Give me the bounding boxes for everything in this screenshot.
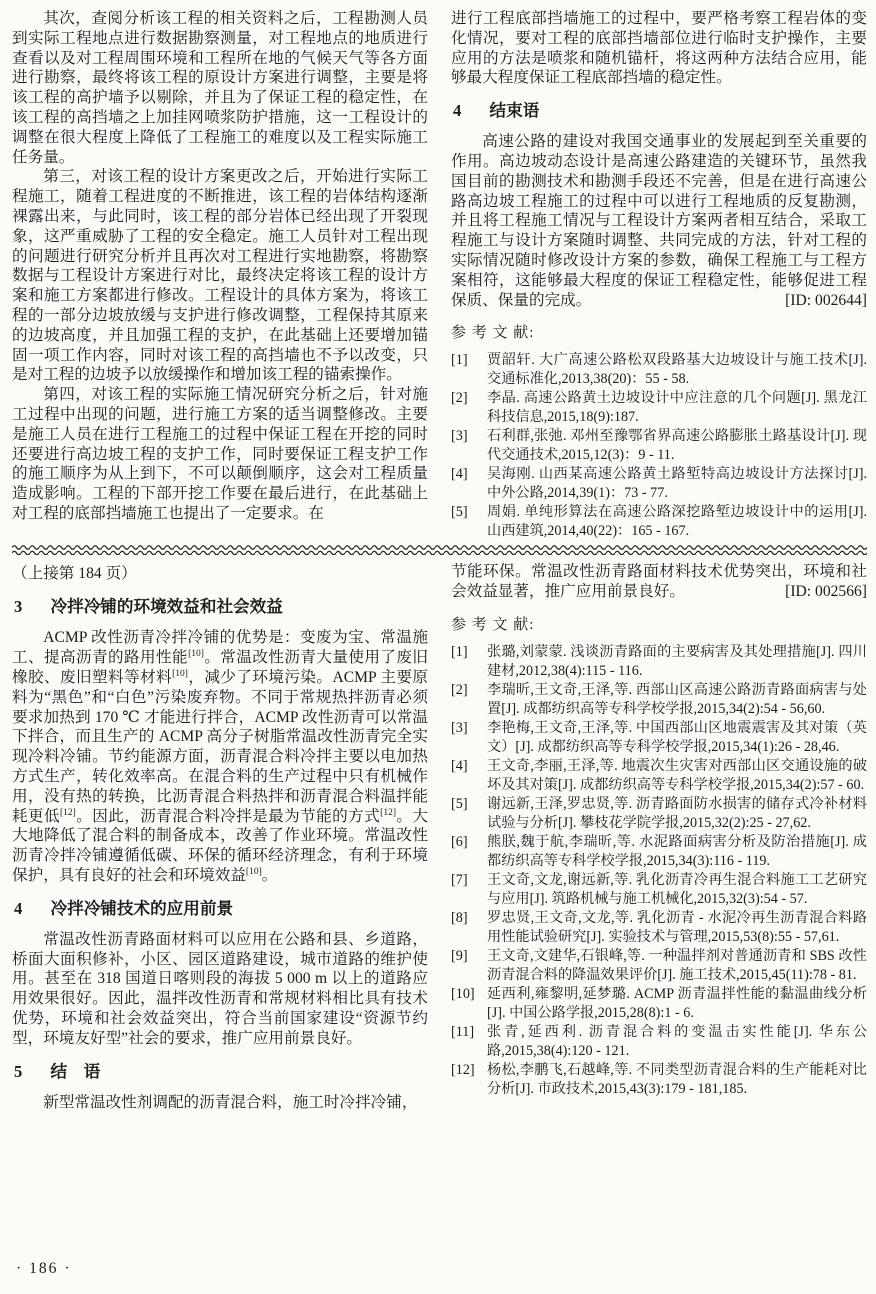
reference-item: [1]贾韶轩. 大广高速公路松双段路基大边坡设计与施工技术[J]. 交通标准化,… xyxy=(451,351,867,389)
reference-text: 罗忠贤,王文奇,文龙,等. 乳化沥青 - 水泥冷再生沥青混合料路用性能试验研究[… xyxy=(487,909,867,947)
article2-section4-heading: 4 冷拌冷铺技术的应用前景 xyxy=(14,898,428,919)
reference-item: [5]谢远新,王泽,罗忠贤,等. 沥青路面防水损害的储存式冷补材料试验与分析[J… xyxy=(451,795,867,833)
continued-from-note: （上接第 184 页） xyxy=(12,564,428,584)
article2-columns: （上接第 184 页） 3 冷拌冷铺的环境效益和社会效益 ACMP 改性沥青冷拌… xyxy=(12,562,867,1112)
article2-section3-heading: 3 冷拌冷铺的环境效益和社会效益 xyxy=(14,596,428,617)
article1-section-heading: 4 结束语 xyxy=(453,100,867,121)
reference-number: [8] xyxy=(451,909,487,947)
reference-text: 李艳梅,王文奇,王泽,等. 中国西部山区地震震害及其对策（英文）[J]. 成都纺… xyxy=(487,719,867,757)
reference-item: [12]杨松,李鹏飞,石越峰,等. 不同类型沥青混合料的生产能耗对比分析[J].… xyxy=(451,1061,867,1099)
article1-paragraph: 第四，对该工程的实际施工情况研究分析之后，针对施工过程中出现的问题，进行施工方案… xyxy=(12,385,428,524)
reference-text: 石利群,张弛. 邓州至豫鄂省界高速公路膨胀土路基设计[J]. 现代交通技术,20… xyxy=(487,427,867,465)
reference-item: [1]张璐,刘蒙蒙. 浅谈沥青路面的主要病害及其处理措施[J]. 四川建材,20… xyxy=(451,643,867,681)
reference-item: [5]周娟. 单纯形算法在高速公路深挖路堑边坡设计中的运用[J]. 山西建筑,2… xyxy=(451,503,867,541)
page-number: · 186 · xyxy=(16,1260,72,1278)
section-number: 4 xyxy=(14,898,22,919)
reference-text: 王文奇,文龙,谢远新,等. 乳化沥青冷再生混合料施工工艺研究与应用[J]. 筑路… xyxy=(487,871,867,909)
reference-item: [10]延西利,雍黎明,延梦璐. ACMP 沥青温拌性能的黏温曲线分析[J]. … xyxy=(451,985,867,1023)
article2-section5-heading: 5 结 语 xyxy=(14,1061,428,1082)
reference-item: [4]吴海刚. 山西某高速公路黄土路堑特高边坡设计方法探讨[J]. 中外公路,2… xyxy=(451,465,867,503)
section-number: 5 xyxy=(14,1061,22,1082)
reference-number: [4] xyxy=(451,757,487,795)
reference-number: [5] xyxy=(451,503,487,541)
reference-text: 杨松,李鹏飞,石越峰,等. 不同类型沥青混合料的生产能耗对比分析[J]. 市政技… xyxy=(487,1061,867,1099)
references-label: 参 考 文 献: xyxy=(451,321,867,342)
article1-conclusion-paragraph: 高速公路的建设对我国交通事业的发展起到至关重要的作用。高边坡动态设计是高速公路建… xyxy=(451,132,867,310)
section-title: 冷拌冷铺的环境效益和社会效益 xyxy=(51,596,283,617)
article2-continuation-paragraph: 节能环保。常温改性沥青路面材料技术优势突出，环境和社会效益显著，推广应用前景良好… xyxy=(451,562,867,602)
reference-text: 张璐,刘蒙蒙. 浅谈沥青路面的主要病害及其处理措施[J]. 四川建材,2012,… xyxy=(487,643,867,681)
reference-number: [2] xyxy=(451,389,487,427)
reference-item: [7]王文奇,文龙,谢远新,等. 乳化沥青冷再生混合料施工工艺研究与应用[J].… xyxy=(451,871,867,909)
article1-right-column: 进行工程底部挡墙施工的过程中，要严格考察工程岩体的变化情况，要对工程的底部挡墙部… xyxy=(451,9,867,541)
section-divider-wavy xyxy=(12,544,867,555)
article1-left-column: 其次，查阅分析该工程的相关资料之后，工程勘测人员到实际工程地点进行数据勘察测量，… xyxy=(12,9,428,524)
reference-number: [10] xyxy=(451,985,487,1023)
section-number: 3 xyxy=(14,596,22,617)
reference-item: [9]王文奇,文建华,石银峰,等. 一种温拌剂对普通沥青和 SBS 改性沥青混合… xyxy=(451,947,867,985)
article2-section5-paragraph: 新型常温改性剂调配的沥青混合料，施工时冷拌冷铺， xyxy=(12,1093,428,1113)
reference-text: 周娟. 单纯形算法在高速公路深挖路堑边坡设计中的运用[J]. 山西建筑,2014… xyxy=(487,503,867,541)
section-title: 结束语 xyxy=(490,100,540,121)
section-title: 结 语 xyxy=(51,1061,101,1082)
reference-text: 熊朕,魏于航,李瑞昕,等. 水泥路面病害分析及防治措施[J]. 成都纺织高等专科… xyxy=(487,833,867,871)
article2-reference-list: [1]张璐,刘蒙蒙. 浅谈沥青路面的主要病害及其处理措施[J]. 四川建材,20… xyxy=(451,643,867,1099)
article2-section4-paragraph: 常温改性沥青路面材料可以应用在公路和县、乡道路，桥面大面积修补，小区、园区道路建… xyxy=(12,930,428,1049)
article-id-tag: [ID: 002566] xyxy=(785,582,867,602)
references-label: 参 考 文 献: xyxy=(451,613,867,634)
reference-text: 延西利,雍黎明,延梦璐. ACMP 沥青温拌性能的黏温曲线分析[J]. 中国公路… xyxy=(487,985,867,1023)
reference-number: [1] xyxy=(451,351,487,389)
article-id-tag: [ID: 002644] xyxy=(754,291,867,311)
reference-text: 吴海刚. 山西某高速公路黄土路堑特高边坡设计方法探讨[J]. 中外公路,2014… xyxy=(487,465,867,503)
reference-number: [11] xyxy=(451,1023,487,1061)
reference-text: 张青,延西利. 沥青混合料的变温击实性能[J]. 华东公路,2015,38(4)… xyxy=(487,1023,867,1061)
reference-number: [3] xyxy=(451,719,487,757)
reference-item: [4]王文奇,李丽,王泽,等. 地震次生灾害对西部山区交通设施的破坏及其对策[J… xyxy=(451,757,867,795)
reference-item: [3]李艳梅,王文奇,王泽,等. 中国西部山区地震震害及其对策（英文）[J]. … xyxy=(451,719,867,757)
reference-number: [9] xyxy=(451,947,487,985)
reference-number: [2] xyxy=(451,681,487,719)
reference-number: [3] xyxy=(451,427,487,465)
section-title: 冷拌冷铺技术的应用前景 xyxy=(51,898,234,919)
article1-paragraph: 第三，对该工程的设计方案更改之后，开始进行实际工程施工，随着工程进度的不断推进，… xyxy=(12,167,428,385)
reference-text: 贾韶轩. 大广高速公路松双段路基大边坡设计与施工技术[J]. 交通标准化,201… xyxy=(487,351,867,389)
reference-number: [7] xyxy=(451,871,487,909)
reference-text: 王文奇,文建华,石银峰,等. 一种温拌剂对普通沥青和 SBS 改性沥青混合料的降… xyxy=(487,947,867,985)
reference-item: [6]熊朕,魏于航,李瑞昕,等. 水泥路面病害分析及防治措施[J]. 成都纺织高… xyxy=(451,833,867,871)
reference-item: [2]李瑞昕,王文奇,王泽,等. 西部山区高速公路沥青路面病害与处置[J]. 成… xyxy=(451,681,867,719)
reference-number: [6] xyxy=(451,833,487,871)
reference-text: 王文奇,李丽,王泽,等. 地震次生灾害对西部山区交通设施的破坏及其对策[J]. … xyxy=(487,757,867,795)
article2-right-column: 节能环保。常温改性沥青路面材料技术优势突出，环境和社会效益显著，推广应用前景良好… xyxy=(451,562,867,1099)
article1-continuation-paragraph: 进行工程底部挡墙施工的过程中，要严格考察工程岩体的变化情况，要对工程的底部挡墙部… xyxy=(451,9,867,88)
paragraph-text: 高速公路的建设对我国交通事业的发展起到至关重要的作用。高边坡动态设计是高速公路建… xyxy=(451,133,867,308)
section-number: 4 xyxy=(453,100,461,121)
article1-reference-list: [1]贾韶轩. 大广高速公路松双段路基大边坡设计与施工技术[J]. 交通标准化,… xyxy=(451,351,867,541)
reference-item: [8]罗忠贤,王文奇,文龙,等. 乳化沥青 - 水泥冷再生沥青混合料路用性能试验… xyxy=(451,909,867,947)
reference-number: [4] xyxy=(451,465,487,503)
reference-item: [11]张青,延西利. 沥青混合料的变温击实性能[J]. 华东公路,2015,3… xyxy=(451,1023,867,1061)
article1-paragraph: 其次，查阅分析该工程的相关资料之后，工程勘测人员到实际工程地点进行数据勘察测量，… xyxy=(12,9,428,167)
article2-left-column: （上接第 184 页） 3 冷拌冷铺的环境效益和社会效益 ACMP 改性沥青冷拌… xyxy=(12,562,428,1112)
reference-number: [5] xyxy=(451,795,487,833)
article1-columns: 其次，查阅分析该工程的相关资料之后，工程勘测人员到实际工程地点进行数据勘察测量，… xyxy=(12,9,867,541)
reference-text: 李瑞昕,王文奇,王泽,等. 西部山区高速公路沥青路面病害与处置[J]. 成都纺织… xyxy=(487,681,867,719)
reference-item: [2]李晶. 高速公路黄土边坡设计中应注意的几个问题[J]. 黑龙江科技信息,2… xyxy=(451,389,867,427)
reference-item: [3]石利群,张弛. 邓州至豫鄂省界高速公路膨胀土路基设计[J]. 现代交通技术… xyxy=(451,427,867,465)
reference-number: [12] xyxy=(451,1061,487,1099)
wavy-line-graphic xyxy=(12,544,867,555)
article2-section3-paragraph: ACMP 改性沥青冷拌冷铺的优势是：变废为宝、常温施工、提高沥青的路用性能[10… xyxy=(12,628,428,885)
reference-text: 李晶. 高速公路黄土边坡设计中应注意的几个问题[J]. 黑龙江科技信息,2015… xyxy=(487,389,867,427)
reference-number: [1] xyxy=(451,643,487,681)
reference-text: 谢远新,王泽,罗忠贤,等. 沥青路面防水损害的储存式冷补材料试验与分析[J]. … xyxy=(487,795,867,833)
journal-page: 其次，查阅分析该工程的相关资料之后，工程勘测人员到实际工程地点进行数据勘察测量，… xyxy=(0,0,876,1294)
